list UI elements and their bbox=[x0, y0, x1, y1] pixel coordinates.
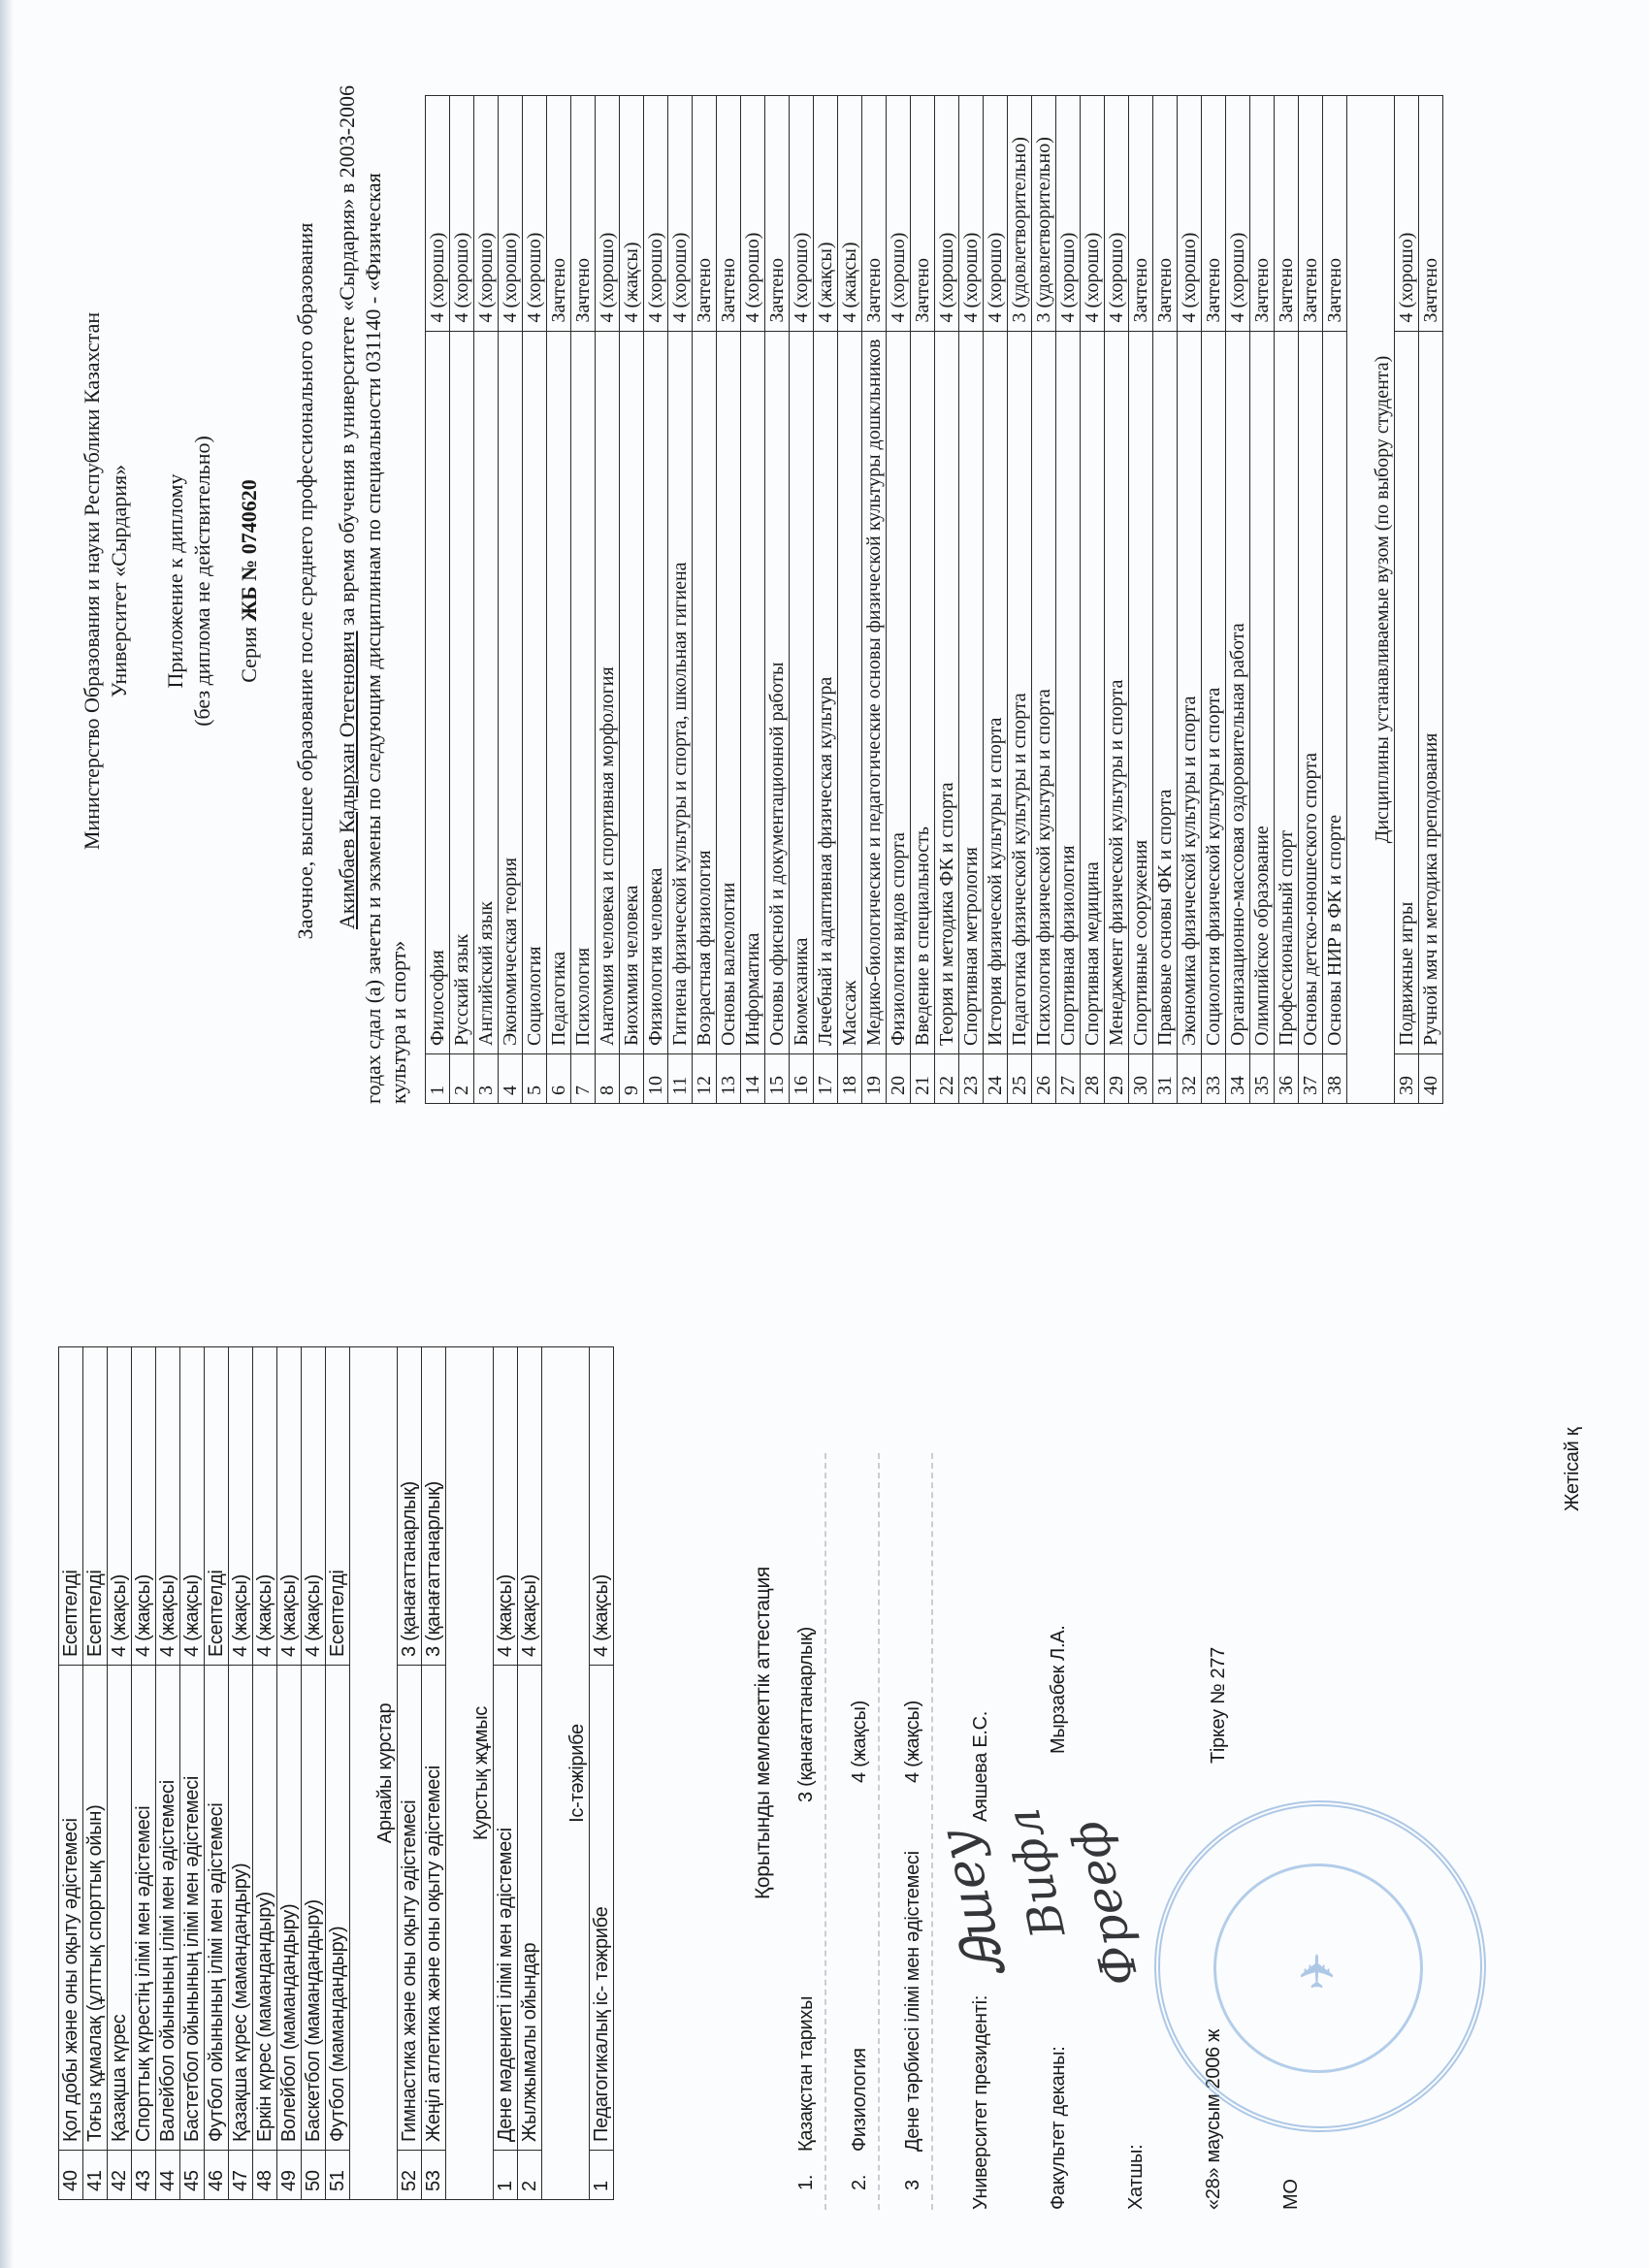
subject-name: Педагогика bbox=[547, 331, 571, 1053]
kazakh-page: 40Қол добы және оны оқыту әдістемесіЕсеп… bbox=[0, 1162, 1649, 2268]
grade-value: 4 (хорошо) bbox=[741, 96, 765, 332]
president-name: Аяшева Е.С. bbox=[970, 1711, 992, 1822]
subject-name: Жылжымалы ойындар bbox=[518, 1666, 542, 2151]
section-heading: Іс-тәжірибе bbox=[542, 1347, 590, 2200]
table-row: 31Правовые основы ФК и спортаЗачтено bbox=[1153, 96, 1178, 1104]
grade-value: Есептелді bbox=[326, 1347, 350, 1666]
subject-name: Философия bbox=[426, 331, 450, 1053]
table-row: 40Ручной мяч и методика преподованияЗачт… bbox=[1419, 96, 1443, 1104]
row-number: 23 bbox=[959, 1054, 984, 1104]
statement-line-3: культура и спорт» bbox=[386, 941, 411, 1104]
subject-name: Экономика физической культуры и спорта bbox=[1178, 331, 1202, 1053]
subject-name: Социология bbox=[523, 331, 547, 1053]
section-heading: Дисциплины устанавливаемые вузом (по выб… bbox=[1347, 96, 1395, 1104]
row-number: 2 bbox=[518, 2151, 542, 2200]
row-number: 25 bbox=[1008, 1054, 1032, 1104]
attestation-grade: 4 (жақсы) bbox=[849, 1701, 871, 1783]
statement-line-2: годах сдал (а) зачеты и экзмены по следу… bbox=[361, 173, 386, 1104]
subject-name: Қол добы және оны оқыту әдістемесі bbox=[59, 1666, 83, 2151]
grade-value: 3 (удовлетворительно) bbox=[1008, 96, 1032, 332]
row-number: 38 bbox=[1323, 1054, 1347, 1104]
subject-name: Спортивные сооружения bbox=[1129, 331, 1153, 1053]
subject-name: Правовые основы ФК и спорта bbox=[1153, 331, 1178, 1053]
grade-value: 4 (жақсы) bbox=[180, 1347, 205, 1666]
row-number: 47 bbox=[229, 2151, 253, 2200]
section-heading-row: Курстық жұмыс bbox=[446, 1347, 494, 2200]
diploma-supplement-page: 40Қол добы және оны оқыту әдістемесіЕсеп… bbox=[0, 0, 1649, 2268]
seal-bird-icon: ✈ bbox=[1291, 1952, 1345, 1991]
row-number: 14 bbox=[741, 1054, 765, 1104]
secretary-signature: Фрееф bbox=[1060, 1816, 1149, 1991]
row-number: 17 bbox=[814, 1054, 838, 1104]
grade-value: 4 (жақсы) bbox=[132, 1347, 156, 1666]
subject-name: Английский язык bbox=[474, 331, 499, 1053]
grade-value: Зачтено bbox=[717, 96, 741, 332]
table-row: 1Философия4 (хорошо) bbox=[426, 96, 450, 1104]
row-number: 44 bbox=[156, 2151, 180, 2200]
grade-value: 4 (жақсы) bbox=[229, 1347, 253, 1666]
row-number: 22 bbox=[935, 1054, 959, 1104]
row-number: 28 bbox=[1081, 1054, 1105, 1104]
subject-name: Основы НИР в ФК и спорте bbox=[1323, 331, 1347, 1053]
table-row: 44Валейбол ойынының ілімі мен әдістемесі… bbox=[156, 1347, 180, 2200]
subject-name: Подвижные игры bbox=[1395, 331, 1419, 1053]
table-row: 25Педагогика физической культуры и спорт… bbox=[1008, 96, 1032, 1104]
subject-name: Футбол (мамандандыру) bbox=[326, 1666, 350, 2151]
row-number: 5 bbox=[523, 1054, 547, 1104]
row-number: 41 bbox=[83, 2151, 108, 2200]
row-number: 52 bbox=[398, 2151, 422, 2200]
grade-value: 4 (жақсы) bbox=[590, 1347, 614, 1666]
grade-value: 4 (жақсы) bbox=[108, 1347, 132, 1666]
row-number: 7 bbox=[571, 1054, 596, 1104]
table-row: 45Бастетбол ойынының ілімі мен әдістемес… bbox=[180, 1347, 205, 2200]
table-row: 49Волейбол (мамандандыру)4 (жақсы) bbox=[277, 1347, 302, 2200]
row-number: 32 bbox=[1178, 1054, 1202, 1104]
grade-value: 4 (жақсы) bbox=[302, 1347, 326, 1666]
table-row: 20Физиология видов спорта4 (хорошо) bbox=[887, 96, 911, 1104]
subject-name: Анатомия человека и спортивная морфологи… bbox=[596, 331, 620, 1053]
row-number: 40 bbox=[1419, 1054, 1443, 1104]
grade-value: 4 (хорошо) bbox=[644, 96, 668, 332]
grade-value: 4 (хорошо) bbox=[935, 96, 959, 332]
subject-name: Физиология человека bbox=[644, 331, 668, 1053]
president-label: Университет президенті: bbox=[970, 1995, 992, 2210]
russian-page: Министерство Образования и науки Республ… bbox=[0, 0, 1649, 1162]
grade-value: 4 (хорошо) bbox=[668, 96, 693, 332]
table-row: 37Основы детско-юношеского спортаЗачтено bbox=[1299, 96, 1323, 1104]
grade-value: Есептелді bbox=[59, 1347, 83, 1666]
supplement-title: Приложение к диплому bbox=[163, 0, 188, 1162]
subject-name: Ручной мяч и методика преподования bbox=[1419, 331, 1443, 1053]
subject-name: Тоғыз құмалақ (ұлттық спорттық ойын) bbox=[83, 1666, 108, 2151]
table-row: 46Футбол ойынының ілімі мен әдістемесіЕс… bbox=[205, 1347, 229, 2200]
table-row: 5Социология4 (хорошо) bbox=[523, 96, 547, 1104]
row-number: 34 bbox=[1226, 1054, 1250, 1104]
section-heading-row: Іс-тәжірибе bbox=[542, 1347, 590, 2200]
table-row: 1Дене мәдениеті ілімі мен әдістемесі4 (ж… bbox=[494, 1347, 518, 2200]
row-number: 30 bbox=[1129, 1054, 1153, 1104]
table-row: 26Психология физической культуры и спорт… bbox=[1032, 96, 1056, 1104]
grade-value: 4 (хорошо) bbox=[596, 96, 620, 332]
table-row: 4Экономическая теория4 (хорошо) bbox=[499, 96, 523, 1104]
grade-value: 4 (хорошо) bbox=[499, 96, 523, 332]
table-row: 2Жылжымалы ойындар4 (жақсы) bbox=[518, 1347, 542, 2200]
grade-value: Зачтено bbox=[1299, 96, 1323, 332]
subject-name: Основы валеологии bbox=[717, 331, 741, 1053]
subject-name: Спортивная физиология bbox=[1056, 331, 1081, 1053]
row-number: 36 bbox=[1275, 1054, 1299, 1104]
city-label: Жетісай қ bbox=[1562, 1428, 1584, 1511]
series-code: ЖБ № 0740620 bbox=[237, 479, 261, 621]
table-row: 24История физической культуры и спорта4 … bbox=[984, 96, 1008, 1104]
faint-ruling bbox=[824, 1453, 826, 2210]
table-row: 30Спортивные сооруженияЗачтено bbox=[1129, 96, 1153, 1104]
grade-value: 4 (хорошо) bbox=[887, 96, 911, 332]
subject-name: Введение в специальность bbox=[911, 331, 935, 1053]
row-number: 16 bbox=[790, 1054, 814, 1104]
grade-value: 4 (хорошо) bbox=[426, 96, 450, 332]
row-number: 24 bbox=[984, 1054, 1008, 1104]
grade-value: Зачтено bbox=[765, 96, 790, 332]
row-number: 48 bbox=[253, 2151, 277, 2200]
table-row: 53Жеңіл атлетика және оны оқыту әдістеме… bbox=[422, 1347, 446, 2200]
subject-name: Психология bbox=[571, 331, 596, 1053]
series-line: Серия ЖБ № 0740620 bbox=[237, 0, 262, 1162]
attestation-subject: Физиология bbox=[849, 2048, 871, 2152]
row-number: 45 bbox=[180, 2151, 205, 2200]
grade-value: Зачтено bbox=[1153, 96, 1178, 332]
table-row: 7ПсихологияЗачтено bbox=[571, 96, 596, 1104]
subject-name: Биомеханика bbox=[790, 331, 814, 1053]
subject-name: Информатика bbox=[741, 331, 765, 1053]
subject-name: Еркін күрес (мамандандыру) bbox=[253, 1666, 277, 2151]
subject-name: Психология физической культуры и спорта bbox=[1032, 331, 1056, 1053]
section-heading: Курстық жұмыс bbox=[446, 1347, 494, 2200]
row-number: 13 bbox=[717, 1054, 741, 1104]
table-row: 22Теория и методика ФК и спорта4 (хорошо… bbox=[935, 96, 959, 1104]
attestation-number: 1. bbox=[795, 2175, 818, 2190]
row-number: 11 bbox=[668, 1054, 693, 1104]
section-heading: Арнайы курстар bbox=[350, 1347, 398, 2200]
subject-name: Медико-биологические и педагогические ос… bbox=[862, 331, 887, 1053]
table-row: 3Английский язык4 (хорошо) bbox=[474, 96, 499, 1104]
table-row: 33Социология физической культуры и спорт… bbox=[1202, 96, 1226, 1104]
row-number: 26 bbox=[1032, 1054, 1056, 1104]
grade-value: 4 (хорошо) bbox=[523, 96, 547, 332]
row-number: 3 bbox=[474, 1054, 499, 1104]
table-row: 34Организационно-массовая оздоровительна… bbox=[1226, 96, 1250, 1104]
statement-line-1: Акимбаев Кадырхан Отегенович за время об… bbox=[335, 85, 360, 929]
grade-value: Зачтено bbox=[1275, 96, 1299, 332]
table-row: 35Олимпийское образованиеЗачтено bbox=[1250, 96, 1275, 1104]
grade-value: 3 (удовлетворительно) bbox=[1032, 96, 1056, 332]
attestation-grade: 4 (жақсы) bbox=[902, 1701, 924, 1783]
table-row: 2Русский язык4 (хорошо) bbox=[450, 96, 474, 1104]
subject-name: Экономическая теория bbox=[499, 331, 523, 1053]
grade-value: 4 (жақсы) bbox=[814, 96, 838, 332]
grade-value: 4 (жақсы) bbox=[156, 1347, 180, 1666]
table-row: 14Информатика4 (хорошо) bbox=[741, 96, 765, 1104]
subject-name: Физиология видов спорта bbox=[887, 331, 911, 1053]
row-number: 1 bbox=[426, 1054, 450, 1104]
table-row: 11Гигиена физической культуры и спорта, … bbox=[668, 96, 693, 1104]
dean-name: Мырзабек Л.А. bbox=[1048, 1625, 1070, 1754]
subject-name: Спортивная метрология bbox=[959, 331, 984, 1053]
row-number: 4 bbox=[499, 1054, 523, 1104]
university-line: Университет «Сырдария» bbox=[107, 0, 132, 1162]
grade-value: 4 (жақсы) bbox=[518, 1347, 542, 1666]
grade-value: Зачтено bbox=[1250, 96, 1275, 332]
grade-value: 4 (хорошо) bbox=[474, 96, 499, 332]
supplement-subtitle: (без диплома не действительно) bbox=[190, 0, 215, 1162]
table-row: 27Спортивная физиология4 (хорошо) bbox=[1056, 96, 1081, 1104]
row-number: 2 bbox=[450, 1054, 474, 1104]
subject-name: Бастетбол ойынының ілімі мен әдістемесі bbox=[180, 1666, 205, 2151]
row-number: 18 bbox=[838, 1054, 862, 1104]
table-row: 16Биомеханика4 (хорошо) bbox=[790, 96, 814, 1104]
table-row: 6ПедагогикаЗачтено bbox=[547, 96, 571, 1104]
table-row: 41Тоғыз құмалақ (ұлттық спорттық ойын)Ес… bbox=[83, 1347, 108, 2200]
table-row: 15Основы офисной и документационной рабо… bbox=[765, 96, 790, 1104]
table-row: 13Основы валеологииЗачтено bbox=[717, 96, 741, 1104]
table-row: 19Медико-биологические и педагогические … bbox=[862, 96, 887, 1104]
row-number: 42 bbox=[108, 2151, 132, 2200]
attestation-number: 2. bbox=[849, 2175, 871, 2190]
grade-value: Есептелді bbox=[83, 1347, 108, 1666]
grade-value: Зачтено bbox=[1323, 96, 1347, 332]
table-row: 36Профессиональный спортЗачтено bbox=[1275, 96, 1299, 1104]
table-row: 50Баскетбол (мамандандыру)4 (жақсы) bbox=[302, 1347, 326, 2200]
subject-name: Волейбол (мамандандыру) bbox=[277, 1666, 302, 2151]
subject-name: Биохимия человека bbox=[620, 331, 644, 1053]
subject-name: Жеңіл атлетика және оны оқыту әдістемесі bbox=[422, 1666, 446, 2151]
table-row: 51Футбол (мамандандыру)Есептелді bbox=[326, 1347, 350, 2200]
table-row: 43Спорттық күрестің ілімі мен әдістемесі… bbox=[132, 1347, 156, 2200]
grade-value: 4 (жақсы) bbox=[277, 1347, 302, 1666]
row-number: 39 bbox=[1395, 1054, 1419, 1104]
row-number: 49 bbox=[277, 2151, 302, 2200]
attestation-subject: Қазақстан тарихы bbox=[795, 1996, 818, 2152]
table-row: 23Спортивная метрология4 (хорошо) bbox=[959, 96, 984, 1104]
subject-name: Футбол ойынының ілімі мен әдістемесі bbox=[205, 1666, 229, 2151]
table-row: 52Гимнастика және оны оқыту әдістемесі3 … bbox=[398, 1347, 422, 2200]
student-name: Акимбаев Кадырхан Отегенович bbox=[335, 631, 359, 929]
faint-ruling bbox=[878, 1453, 880, 2210]
subject-name: Олимпийское образование bbox=[1250, 331, 1275, 1053]
subject-name: Социология физической культуры и спорта bbox=[1202, 331, 1226, 1053]
table-row: 1Педагогикалық іс- тәжрибе4 (жақсы) bbox=[590, 1347, 614, 2200]
dean-label: Факультет деканы: bbox=[1048, 2047, 1070, 2210]
ministry-line: Министерство Образования и науки Республ… bbox=[80, 0, 105, 1162]
row-number: 46 bbox=[205, 2151, 229, 2200]
row-number: 6 bbox=[547, 1054, 571, 1104]
subject-name: Организационно-массовая оздоровительная … bbox=[1226, 331, 1250, 1053]
subject-name: Педагогикалық іс- тәжрибе bbox=[590, 1666, 614, 2151]
row-number: 19 bbox=[862, 1054, 887, 1104]
table-row: 40Қол добы және оны оқыту әдістемесіЕсеп… bbox=[59, 1347, 83, 2200]
grade-value: Зачтено bbox=[1419, 96, 1443, 332]
subject-name: Профессиональный спорт bbox=[1275, 331, 1299, 1053]
row-number: 10 bbox=[644, 1054, 668, 1104]
row-number: 51 bbox=[326, 2151, 350, 2200]
subject-name: Дене мәдениеті ілімі мен әдістемесі bbox=[494, 1666, 518, 2151]
subject-name: Менеджмент физической культуры и спорта bbox=[1105, 331, 1129, 1053]
subject-name: Қазақша күрес bbox=[108, 1666, 132, 2151]
row-number: 50 bbox=[302, 2151, 326, 2200]
grade-value: 3 (қанағаттанарлық) bbox=[422, 1347, 446, 1666]
table-row: 10Физиология человека4 (хорошо) bbox=[644, 96, 668, 1104]
seal-label: МО bbox=[1280, 2179, 1303, 2210]
subject-name: Лечебнай и адаптивная физическая культур… bbox=[814, 331, 838, 1053]
grade-value: Зачтено bbox=[1129, 96, 1153, 332]
table-row: 18Массаж4 (жақсы) bbox=[838, 96, 862, 1104]
table-row: 9Биохимия человека4 (жақсы) bbox=[620, 96, 644, 1104]
subject-name: Валейбол ойынының ілімі мен әдістемесі bbox=[156, 1666, 180, 2151]
table-row: 47Қазақша күрес (мамандандыру)4 (жақсы) bbox=[229, 1347, 253, 2200]
grade-value: 4 (жақсы) bbox=[253, 1347, 277, 1666]
row-number: 40 bbox=[59, 2151, 83, 2200]
attestation-subject: Дене тәрбиесі ілімі мен әдістемесі bbox=[902, 1851, 924, 2152]
section-heading-row: Дисциплины устанавливаемые вузом (по выб… bbox=[1347, 96, 1395, 1104]
row-number: 31 bbox=[1153, 1054, 1178, 1104]
attestation-grade: 3 (қанағаттанарлық) bbox=[795, 1627, 818, 1802]
registration-number: Тіркеу № 277 bbox=[1208, 1647, 1230, 1764]
row-number: 53 bbox=[422, 2151, 446, 2200]
row-number: 33 bbox=[1202, 1054, 1226, 1104]
subject-name: Основы детско-юношеского спорта bbox=[1299, 331, 1323, 1053]
row-number: 1 bbox=[494, 2151, 518, 2200]
table-row: 8Анатомия человека и спортивная морфолог… bbox=[596, 96, 620, 1104]
subject-name: Основы офисной и документационной работы bbox=[765, 331, 790, 1053]
row-number: 35 bbox=[1250, 1054, 1275, 1104]
education-form: Заочное, высшее образование после средне… bbox=[293, 0, 318, 1162]
table-row: 21Введение в специальностьЗачтено bbox=[911, 96, 935, 1104]
subject-name: Теория и методика ФК и спорта bbox=[935, 331, 959, 1053]
subject-name: Возрастная физиология bbox=[693, 331, 717, 1053]
grade-value: 4 (жақсы) bbox=[838, 96, 862, 332]
subject-name: Педагогика физической культуры и спорта bbox=[1008, 331, 1032, 1053]
subject-name: Массаж bbox=[838, 331, 862, 1053]
secretary-label: Хатшы: bbox=[1125, 2145, 1148, 2210]
subject-name: Русский язык bbox=[450, 331, 474, 1053]
grade-value: 4 (хорошо) bbox=[450, 96, 474, 332]
table-row: 28Спортивная медицина4 (хорошо) bbox=[1081, 96, 1105, 1104]
grade-value: Есептелді bbox=[205, 1347, 229, 1666]
row-number: 43 bbox=[132, 2151, 156, 2200]
grade-value: 4 (хорошо) bbox=[1178, 96, 1202, 332]
row-number: 8 bbox=[596, 1054, 620, 1104]
subject-name: Баскетбол (мамандандыру) bbox=[302, 1666, 326, 2151]
table-row: 12Возрастная физиологияЗачтено bbox=[693, 96, 717, 1104]
grade-value: 4 (хорошо) bbox=[790, 96, 814, 332]
row-number: 27 bbox=[1056, 1054, 1081, 1104]
grade-value: Зачтено bbox=[862, 96, 887, 332]
table-row: 38Основы НИР в ФК и спортеЗачтено bbox=[1323, 96, 1347, 1104]
faint-ruling bbox=[931, 1453, 933, 2210]
grade-value: 4 (хорошо) bbox=[1395, 96, 1419, 332]
table-row: 48Еркін күрес (мамандандыру)4 (жақсы) bbox=[253, 1347, 277, 2200]
table-row: 17Лечебнай и адаптивная физическая культ… bbox=[814, 96, 838, 1104]
row-number: 29 bbox=[1105, 1054, 1129, 1104]
subject-name: Спортивная медицина bbox=[1081, 331, 1105, 1053]
attestation-heading: Қорытынды мемлекеттік аттестация bbox=[752, 1567, 775, 1899]
grade-value: 4 (хорошо) bbox=[1081, 96, 1105, 332]
russian-grades-table: 1Философия4 (хорошо)2Русский язык4 (хоро… bbox=[425, 95, 1443, 1104]
table-row: 32Экономика физической культуры и спорта… bbox=[1178, 96, 1202, 1104]
row-number: 12 bbox=[693, 1054, 717, 1104]
subject-name: Гимнастика және оны оқыту әдістемесі bbox=[398, 1666, 422, 2151]
row-number: 20 bbox=[887, 1054, 911, 1104]
grade-value: Зачтено bbox=[911, 96, 935, 332]
attestation-number: 3 bbox=[902, 2180, 924, 2190]
section-heading-row: Арнайы курстар bbox=[350, 1347, 398, 2200]
subject-name: История физической культуры и спорта bbox=[984, 331, 1008, 1053]
grade-value: 4 (хорошо) bbox=[1105, 96, 1129, 332]
kazakh-grades-table: 40Қол добы және оны оқыту әдістемесіЕсеп… bbox=[58, 1346, 614, 2200]
row-number: 21 bbox=[911, 1054, 935, 1104]
grade-value: 4 (жақсы) bbox=[620, 96, 644, 332]
grade-value: 4 (хорошо) bbox=[959, 96, 984, 332]
subject-name: Спорттық күрестің ілімі мен әдістемесі bbox=[132, 1666, 156, 2151]
subject-name: Қазақша күрес (мамандандыру) bbox=[229, 1666, 253, 2151]
table-row: 39Подвижные игры4 (хорошо) bbox=[1395, 96, 1419, 1104]
grade-value: Зачтено bbox=[693, 96, 717, 332]
table-row: 29Менеджмент физической культуры и спорт… bbox=[1105, 96, 1129, 1104]
row-number: 9 bbox=[620, 1054, 644, 1104]
grade-value: 4 (хорошо) bbox=[984, 96, 1008, 332]
grade-value: Зачтено bbox=[1202, 96, 1226, 332]
grade-value: 4 (хорошо) bbox=[1056, 96, 1081, 332]
grade-value: 4 (хорошо) bbox=[1226, 96, 1250, 332]
subject-name: Гигиена физической культуры и спорта, шк… bbox=[668, 331, 693, 1053]
grade-value: Зачтено bbox=[547, 96, 571, 332]
grade-value: 4 (жақсы) bbox=[494, 1347, 518, 1666]
row-number: 1 bbox=[590, 2151, 614, 2200]
table-row: 42Қазақша күрес4 (жақсы) bbox=[108, 1347, 132, 2200]
row-number: 15 bbox=[765, 1054, 790, 1104]
grade-value: Зачтено bbox=[571, 96, 596, 332]
university-seal-stamp: ✈ bbox=[1154, 1800, 1486, 2132]
row-number: 37 bbox=[1299, 1054, 1323, 1104]
grade-value: 3 (қанағаттанарлық) bbox=[398, 1347, 422, 1666]
